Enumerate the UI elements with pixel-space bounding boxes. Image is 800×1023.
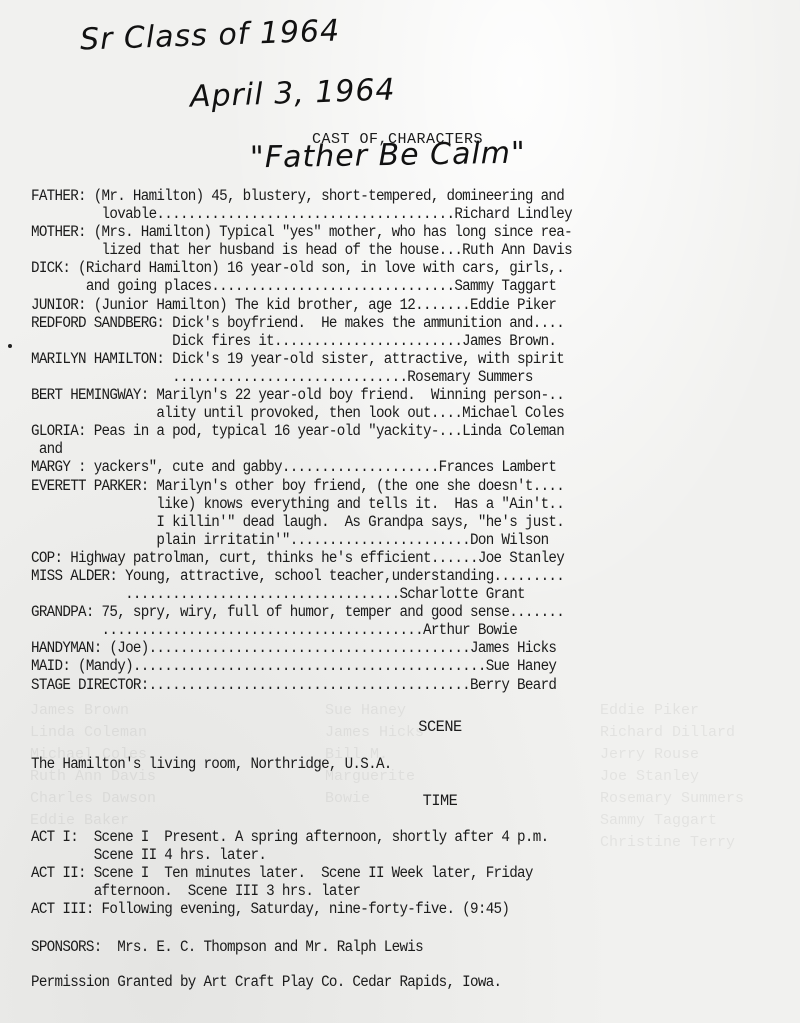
text-line: EVERETT PARKER: Marilyn's other boy frie… [31, 477, 572, 495]
text-line: ACT I: Scene I Present. A spring afterno… [31, 828, 548, 846]
text-line: ACT III: Following evening, Saturday, ni… [31, 900, 548, 918]
scene-heading: SCENE [0, 718, 800, 736]
text-line: FATHER: (Mr. Hamilton) 45, blustery, sho… [31, 187, 572, 205]
text-line: Dick fires it........................Jam… [31, 332, 572, 350]
text-line: ...................................Schar… [31, 585, 572, 603]
text-line: COP: Highway patrolman, curt, thinks he'… [31, 549, 572, 567]
text-line: ..............................Rosemary S… [31, 368, 572, 386]
text-line: MISS ALDER: Young, attractive, school te… [31, 567, 572, 585]
text-line: MARILYN HAMILTON: Dick's 19 year-old sis… [31, 350, 572, 368]
text-line: lized that her husband is head of the ho… [31, 241, 572, 259]
text-line: ........................................… [31, 621, 572, 639]
handwritten-date: April 3, 1964 [189, 72, 396, 114]
text-line: GLORIA: Peas in a pod, typical 16 year-o… [31, 422, 572, 440]
text-line: MAID: (Mandy)...........................… [31, 657, 572, 675]
text-line: MOTHER: (Mrs. Hamilton) Typical "yes" mo… [31, 223, 572, 241]
text-line: REDFORD SANDBERG: Dick's boyfriend. He m… [31, 314, 572, 332]
text-line: BERT HEMINGWAY: Marilyn's 22 year-old bo… [31, 386, 572, 404]
scene-description: The Hamilton's living room, Northridge, … [31, 755, 392, 773]
text-line: plain irritatin'".......................… [31, 531, 572, 549]
permission-line: Permission Granted by Art Craft Play Co.… [31, 973, 501, 991]
text-line: and going places........................… [31, 277, 572, 295]
text-line: HANDYMAN: (Joe).........................… [31, 639, 572, 657]
text-line: MARGY : yackers", cute and gabby........… [31, 458, 572, 476]
text-line: GRANDPA: 75, spry, wiry, full of humor, … [31, 603, 572, 621]
cast-list: FATHER: (Mr. Hamilton) 45, blustery, sho… [31, 187, 572, 694]
text-line: and [31, 440, 572, 458]
text-line: JUNIOR: (Junior Hamilton) The kid brothe… [31, 296, 572, 314]
text-line: I killin'" dead laugh. As Grandpa says, … [31, 513, 572, 531]
time-list: ACT I: Scene I Present. A spring afterno… [31, 828, 548, 918]
handwritten-play-title: "Father Be Calm" [250, 136, 526, 176]
text-line: Scene II 4 hrs. later. [31, 846, 548, 864]
text-line: ACT II: Scene I Ten minutes later. Scene… [31, 864, 548, 882]
sponsors-line: SPONSORS: Mrs. E. C. Thompson and Mr. Ra… [31, 938, 423, 956]
text-line: lovable.................................… [31, 205, 572, 223]
text-line: afternoon. Scene III 3 hrs. later [31, 882, 548, 900]
text-line: DICK: (Richard Hamilton) 16 year-old son… [31, 259, 572, 277]
stray-mark [8, 344, 12, 348]
text-line: STAGE DIRECTOR:.........................… [31, 676, 572, 694]
text-line: ality until provoked, then look out....M… [31, 404, 572, 422]
time-heading: TIME [0, 792, 800, 810]
text-line: like) knows everything and tells it. Has… [31, 495, 572, 513]
